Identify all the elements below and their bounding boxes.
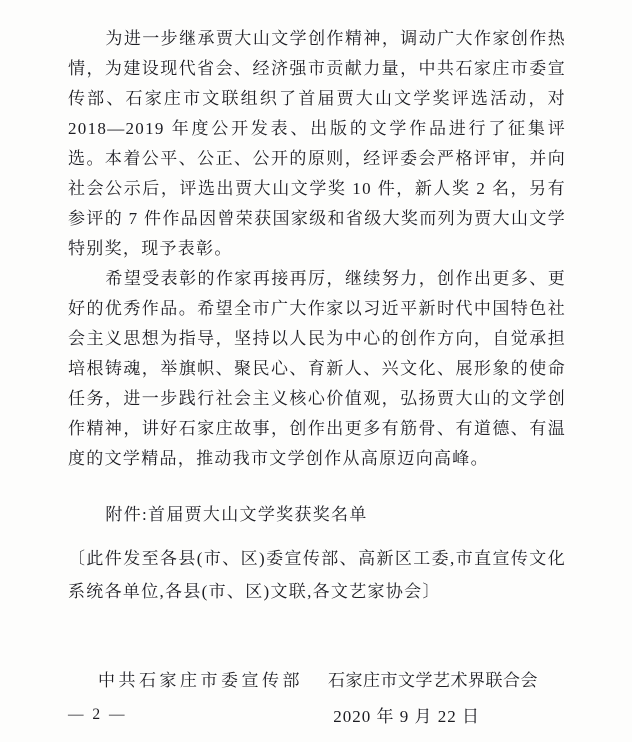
signature-left-org: 中共石家庄市委宣传部	[98, 668, 303, 694]
page-number: — 2 —	[68, 706, 127, 724]
document-page: 为进一步继承贾大山文学创作精神，调动广大作家创作热情，为建设现代省会、经济强市贡…	[0, 0, 632, 742]
signature-right-org: 石家庄市文学艺术界联合会	[328, 668, 538, 694]
body-paragraph-1: 为进一步继承贾大山文学创作精神，调动广大作家创作热情，为建设现代省会、经济强市贡…	[68, 24, 566, 264]
signature-row: 中共石家庄市委宣传部 石家庄市文学艺术界联合会	[68, 668, 566, 694]
document-date: 2020 年 9 月 22 日	[333, 707, 480, 726]
distribution-note: 〔此件发至各县(市、区)委宣传部、高新区工委,市直宣传文化系统各单位,各县(市、…	[68, 542, 566, 608]
document-content: 为进一步继承贾大山文学创作精神，调动广大作家创作热情，为建设现代省会、经济强市贡…	[0, 0, 632, 730]
body-paragraph-2: 希望受表彰的作家再接再厉，继续努力，创作出更多、更好的优秀作品。希望全市广大作家…	[68, 264, 566, 474]
date-row: 2020 年 9 月 22 日	[68, 704, 566, 730]
attachment-line: 附件:首届贾大山文学奖获奖名单	[68, 500, 566, 530]
